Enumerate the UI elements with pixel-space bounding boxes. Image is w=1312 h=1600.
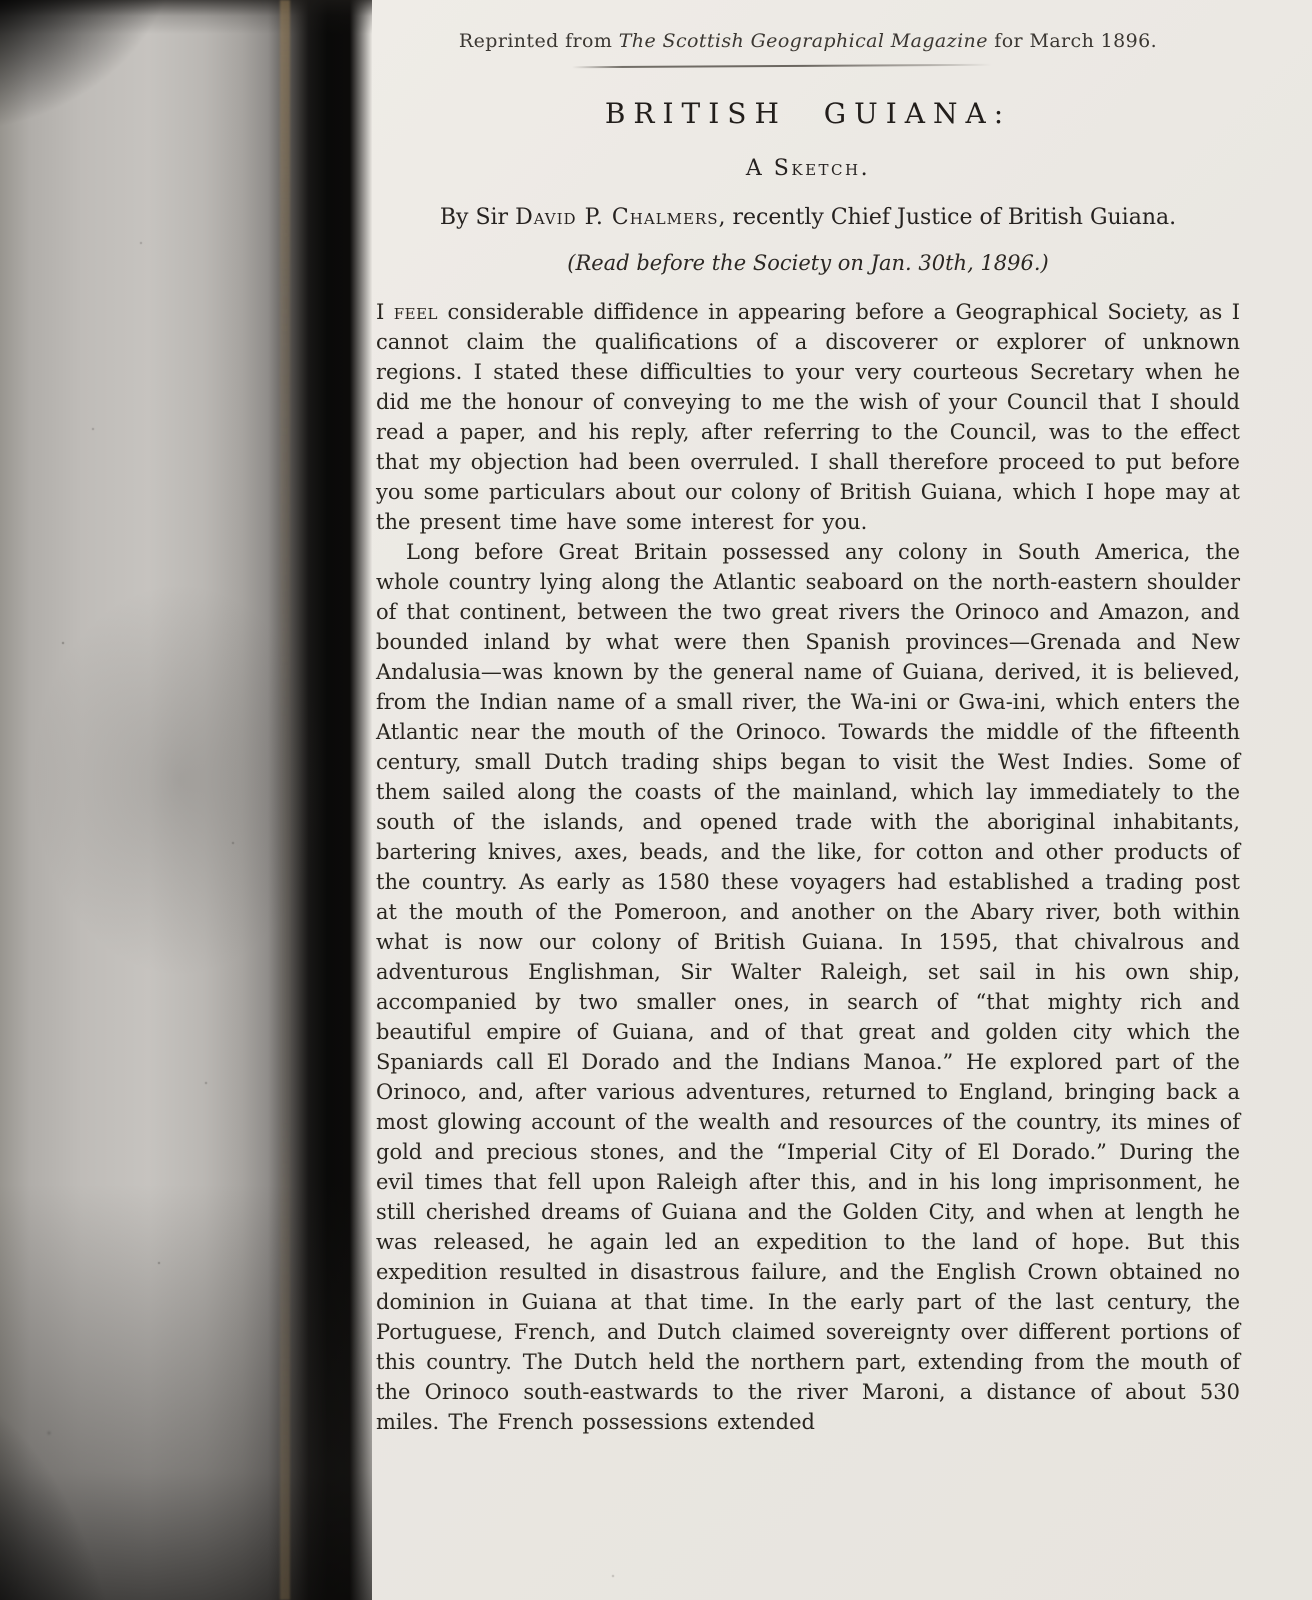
reprint-prefix: Reprinted from [459,30,619,52]
paragraph-1: I feel considerable diffidence in appear… [376,297,1240,537]
page-title: BRITISH GUIANA: [376,97,1240,130]
magazine-title: The Scottish Geographical Magazine [619,30,988,52]
article-body: I feel considerable diffidence in appear… [376,297,1240,1437]
read-before-note: (Read before the Society on Jan. 30th, 1… [376,251,1240,275]
author-name: David P. Chalmers [515,205,718,230]
reprint-note: Reprinted from The Scottish Geographical… [376,30,1240,52]
paragraph-1-text: considerable diffidence in appearing bef… [376,300,1240,534]
page-content: Reprinted from The Scottish Geographical… [376,0,1240,1437]
reprint-suffix: for March 1896. [988,30,1157,52]
paragraph-1-smallcaps: feel [394,300,438,324]
page-subtitle: A Sketch. [376,156,1240,181]
book-gutter-shadow [0,0,372,1600]
paragraph-1-lead: I [376,300,394,324]
byline-prefix: By Sir [440,205,515,230]
paper-speckles [0,0,2,2]
byline-suffix: , recently Chief Justice of British Guia… [719,205,1177,230]
byline: By Sir David P. Chalmers, recently Chief… [376,205,1240,230]
paragraph-2: Long before Great Britain possessed any … [376,537,1240,1437]
document-page: Reprinted from The Scottish Geographical… [372,0,1312,1600]
divider-rule [572,64,992,69]
spine-edge-highlight [280,0,290,1600]
